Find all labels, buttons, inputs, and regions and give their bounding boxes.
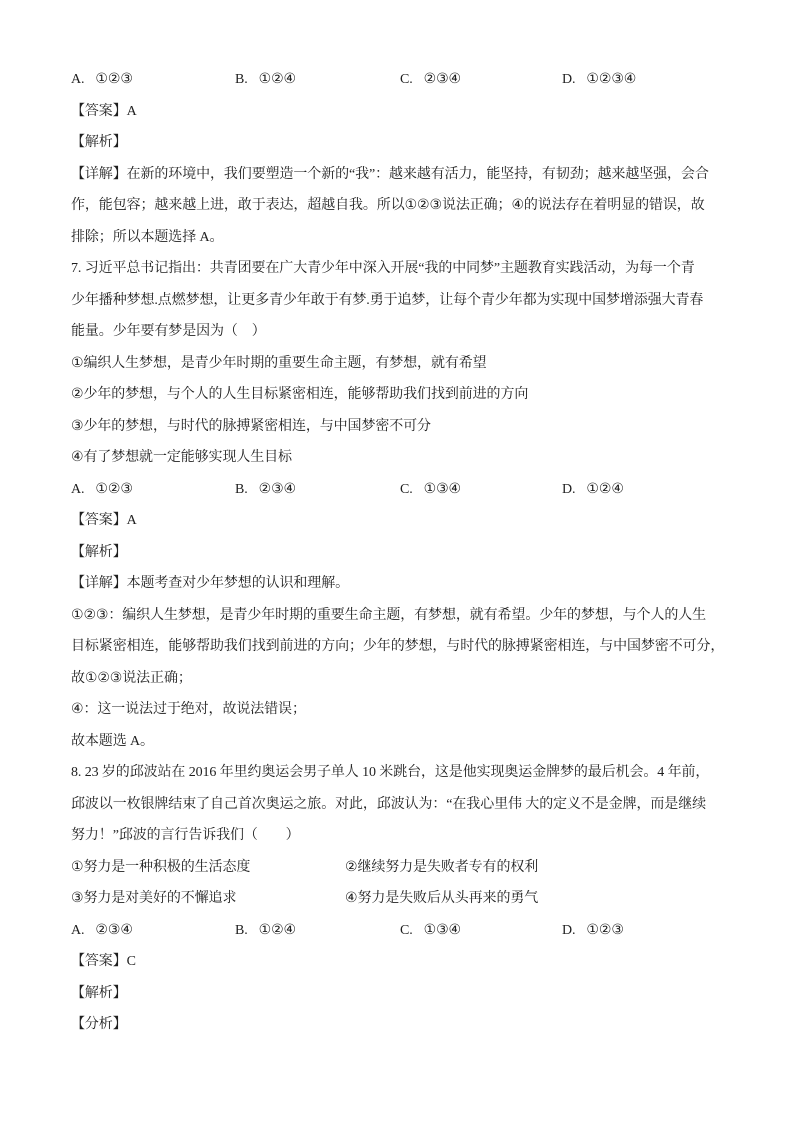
option-letter: D. bbox=[562, 72, 575, 87]
q7-stem-line-1: 7. 习近平总书记指出：共青团要在广大青少年中深入开展“我的中同梦”主题教育实践… bbox=[71, 253, 723, 285]
q6-options-row-choice-d: D.①②③④ bbox=[562, 64, 636, 96]
q8-statements-row-1-col-2: ②继续努力是失败者专有的权利 bbox=[345, 852, 538, 884]
q7-answer: 【答案】A bbox=[71, 505, 723, 537]
q8-statements-row-1-col-1: ①努力是一种积极的生活态度 bbox=[71, 852, 250, 884]
option-value: ②③④ bbox=[95, 923, 132, 938]
q6-options-row-choice-a: A.①②③ bbox=[71, 64, 133, 96]
q7-analysis-header: 【解析】 bbox=[71, 537, 723, 569]
option-letter: C. bbox=[400, 923, 413, 938]
option-letter: C. bbox=[400, 72, 413, 87]
q8-options-row-choice-b: B.①②④ bbox=[235, 915, 296, 947]
option-letter: A. bbox=[71, 482, 84, 497]
q8-fenxi-header: 【分析】 bbox=[71, 1009, 723, 1041]
q6-options-row-choice-c: C.②③④ bbox=[400, 64, 461, 96]
option-letter: D. bbox=[562, 923, 575, 938]
q7-detail-line-2: ①②③：编织人生梦想，是青少年时期的重要生命主题，有梦想，就有希望。少年的梦想，… bbox=[71, 600, 723, 632]
q7-statement-1: ①编织人生梦想，是青少年时期的重要生命主题，有梦想，就有希望 bbox=[71, 348, 723, 380]
q7-stem-line-3: 能量。少年要有梦是因为（ ） bbox=[71, 316, 723, 348]
q8-stem-line-2: 邱波以一枚银牌结束了自己首次奥运之旅。对此，邱波认为：“在我心里伟 大的定义不是… bbox=[71, 789, 723, 821]
q7-statement-4: ④有了梦想就一定能够实现人生目标 bbox=[71, 442, 723, 474]
q6-options-row-choice-b: B.①②④ bbox=[235, 64, 296, 96]
q8-statements-row-2-col-2: ④努力是失败后从头再来的勇气 bbox=[345, 883, 538, 915]
q7-statement-3: ③少年的梦想，与时代的脉搏紧密相连，与中国梦密不可分 bbox=[71, 411, 723, 443]
option-letter: D. bbox=[562, 482, 575, 497]
q7-options-row-choice-b: B.②③④ bbox=[235, 474, 296, 506]
q8-answer: 【答案】C bbox=[71, 946, 723, 978]
option-value: ①③④ bbox=[424, 482, 461, 497]
q7-detail-line-4: 故①②③说法正确； bbox=[71, 663, 723, 695]
option-value: ①②③④ bbox=[586, 72, 636, 87]
option-value: ②③④ bbox=[259, 482, 296, 497]
q8-options-row-choice-d: D.①②③ bbox=[562, 915, 624, 947]
q8-analysis-header: 【解析】 bbox=[71, 978, 723, 1010]
q8-options-row: A.②③④B.①②④C.①③④D.①②③ bbox=[71, 915, 723, 947]
option-value: ②③④ bbox=[424, 72, 461, 87]
q7-options-row: A.①②③B.②③④C.①③④D.①②④ bbox=[71, 474, 723, 506]
option-letter: A. bbox=[71, 72, 84, 87]
q7-stem-line-2: 少年播种梦想.点燃梦想，让更多青少年敢于有梦.勇于追梦，让每个青少年都为实现中国… bbox=[71, 285, 723, 317]
option-value: ①③④ bbox=[424, 923, 461, 938]
option-value: ①②③ bbox=[586, 923, 623, 938]
q8-stem-line-1: 8. 23 岁的邱波站在 2016 年里约奥运会男子单人 10 米跳台，这是他实… bbox=[71, 757, 723, 789]
q6-answer: 【答案】A bbox=[71, 96, 723, 128]
option-letter: A. bbox=[71, 923, 84, 938]
option-value: ①②③ bbox=[95, 72, 132, 87]
q8-options-row-choice-c: C.①③④ bbox=[400, 915, 461, 947]
option-letter: B. bbox=[235, 482, 248, 497]
q7-options-row-choice-c: C.①③④ bbox=[400, 474, 461, 506]
q6-options-row: A.①②③B.①②④C.②③④D.①②③④ bbox=[71, 64, 723, 96]
document-content: A.①②③B.①②④C.②③④D.①②③④【答案】A【解析】【详解】在新的环境中… bbox=[71, 64, 723, 1041]
option-letter: B. bbox=[235, 72, 248, 87]
option-value: ①②③ bbox=[95, 482, 132, 497]
q8-statements-row-2: ③努力是对美好的不懈追求④努力是失败后从头再来的勇气 bbox=[71, 883, 723, 915]
q6-detail-line-3: 排除；所以本题选择 A。 bbox=[71, 222, 723, 254]
q8-statements-row-1: ①努力是一种积极的生活态度②继续努力是失败者专有的权利 bbox=[71, 852, 723, 884]
q8-stem-line-3: 努力！”邱波的言行告诉我们（ ） bbox=[71, 820, 723, 852]
q6-detail-line-1: 【详解】在新的环境中，我们要塑造一个新的“我”：越来越有活力，能坚持，有韧劲；越… bbox=[71, 159, 723, 191]
q6-analysis-header: 【解析】 bbox=[71, 127, 723, 159]
option-value: ①②④ bbox=[259, 72, 296, 87]
exam-document-page: A.①②③B.①②④C.②③④D.①②③④【答案】A【解析】【详解】在新的环境中… bbox=[0, 0, 793, 1122]
q7-options-row-choice-d: D.①②④ bbox=[562, 474, 624, 506]
option-value: ①②④ bbox=[586, 482, 623, 497]
q7-detail-line-6: 故本题选 A。 bbox=[71, 726, 723, 758]
option-letter: C. bbox=[400, 482, 413, 497]
option-value: ①②④ bbox=[259, 923, 296, 938]
q7-detail-line-5: ④：这一说法过于绝对，故说法错误； bbox=[71, 694, 723, 726]
option-letter: B. bbox=[235, 923, 248, 938]
q7-detail-line-3: 目标紧密相连，能够帮助我们找到前进的方向；少年的梦想，与时代的脉搏紧密相连，与中… bbox=[71, 631, 723, 663]
q7-statement-2: ②少年的梦想，与个人的人生目标紧密相连，能够帮助我们找到前进的方向 bbox=[71, 379, 723, 411]
q8-statements-row-2-col-1: ③努力是对美好的不懈追求 bbox=[71, 883, 236, 915]
q6-detail-line-2: 作，能包容；越来越上进，敢于表达，超越自我。所以①②③说法正确；④的说法存在着明… bbox=[71, 190, 723, 222]
q7-options-row-choice-a: A.①②③ bbox=[71, 474, 133, 506]
q8-options-row-choice-a: A.②③④ bbox=[71, 915, 133, 947]
q7-detail-line-1: 【详解】本题考查对少年梦想的认识和理解。 bbox=[71, 568, 723, 600]
